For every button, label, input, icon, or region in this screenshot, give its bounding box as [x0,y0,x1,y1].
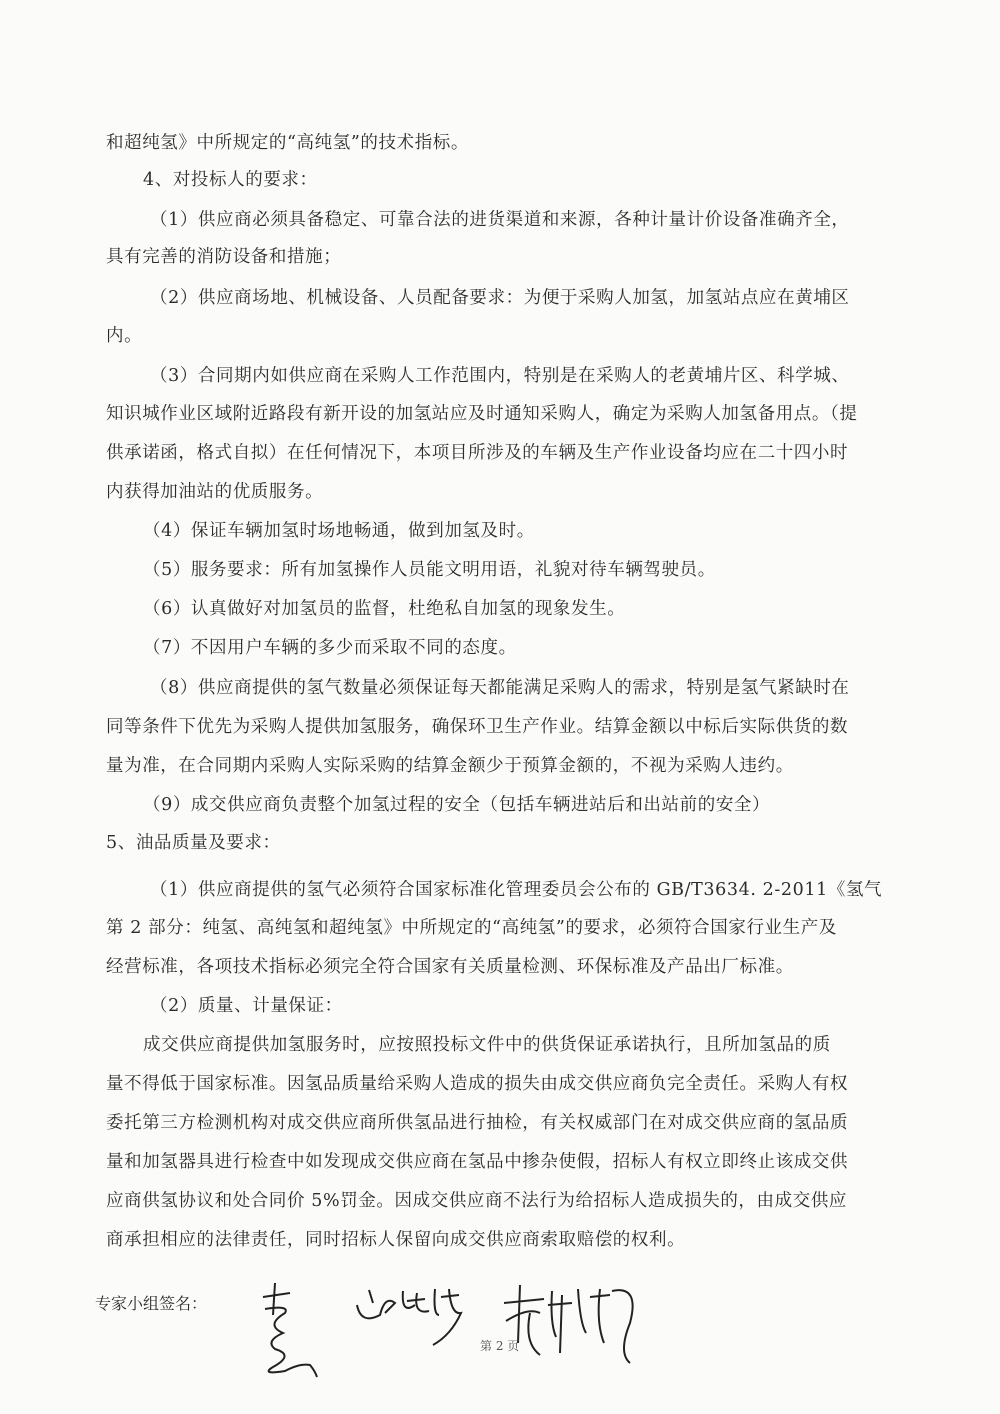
page-number: 第 2 页 [480,1337,519,1354]
text-line: 成交供应商提供加氢服务时，应按照投标文件中的供货保证承诺执行，且所加氢品的质 [143,1033,953,1057]
text-line: 知识城作业区域附近路段有新开设的加氢站应及时通知采购人，确定为采购人加氢备用点。… [106,402,916,426]
text-line: （6）认真做好对加氢员的监督，杜绝私自加氢的现象发生。 [143,597,953,621]
text-line: （1）供应商必须具备稳定、可靠合法的进货渠道和来源，各种计量计价设备准确齐全， [150,208,960,232]
text-line: 同等条件下优先为采购人提供加氢服务，确保环卫生产作业。结算金额以中标后实际供货的… [106,715,916,739]
text-line: （9）成交供应商负责整个加氢过程的安全（包括车辆进站后和出站前的安全） [143,793,953,817]
text-line: 量不得低于国家标准。因氢品质量给采购人造成的损失由成交供应商负完全责任。采购人有… [106,1072,916,1096]
text-line: 内。 [106,324,916,348]
text-line: （5）服务要求：所有加氢操作人员能文明用语，礼貌对待车辆驾驶员。 [143,558,953,582]
text-line: （7）不因用户车辆的多少而采取不同的态度。 [143,636,953,660]
text-line: 4、对投标人的要求： [143,168,953,192]
text-line: 应商供氢协议和处合同价 5%罚金。因成交供应商不法行为给招标人造成损失的，由成交… [106,1189,916,1213]
text-line: 经营标准，各项技术指标必须完全符合国家有关质量检测、环保标准及产品出厂标准。 [106,955,916,979]
text-line: 供承诺函，格式自拟）在任何情况下，本项目所涉及的车辆及生产作业设备均应在二十四小… [106,441,916,465]
text-line: （4）保证车辆加氢时场地畅通，做到加氢及时。 [143,519,953,543]
text-line: （8）供应商提供的氢气数量必须保证每天都能满足采购人的需求，特别是氢气紧缺时在 [150,676,960,700]
signature-label: 专家小组签名： [95,1291,207,1314]
text-line: （3）合同期内如供应商在采购人工作范围内，特别是在采购人的老黄埔片区、科学城、 [150,364,960,388]
text-line: 内获得加油站的优质服务。 [106,480,916,504]
text-line: 第 2 部分：纯氢、高纯氢和超纯氢》中所规定的“高纯氢”的要求，必须符合国家行业… [106,916,916,940]
text-line: 商承担相应的法律责任，同时招标人保留向成交供应商索取赔偿的权利。 [106,1228,916,1252]
text-line: 和超纯氢》中所规定的“高纯氢”的技术指标。 [106,131,916,155]
text-line: 具有完善的消防设备和措施； [106,245,916,269]
text-line: 委托第三方检测机构对成交供应商所供氢品进行抽检，有关权威部门在对成交供应商的氢品… [106,1111,916,1135]
document-page: 和超纯氢》中所规定的“高纯氢”的技术指标。4、对投标人的要求：（1）供应商必须具… [0,0,1000,1414]
text-line: 5、油品质量及要求： [106,831,916,855]
text-line: （1）供应商提供的氢气必须符合国家标准化管理委员会公布的 GB/T3634. 2… [150,878,960,902]
text-line: 量和加氢器具进行检查中如发现成交供应商在氢品中掺杂使假，招标人有权立即终止该成交… [106,1150,916,1174]
text-line: 量为准，在合同期内采购人实际采购的结算金额少于预算金额的，不视为采购人违约。 [106,754,916,778]
signature-2 [355,1285,475,1365]
signature-1 [255,1275,335,1385]
text-line: （2）供应商场地、机械设备、人员配备要求：为便于采购人加氢，加氢站点应在黄埔区 [150,286,960,310]
text-line: （2）质量、计量保证： [150,994,960,1018]
signature-3 [500,1283,670,1373]
